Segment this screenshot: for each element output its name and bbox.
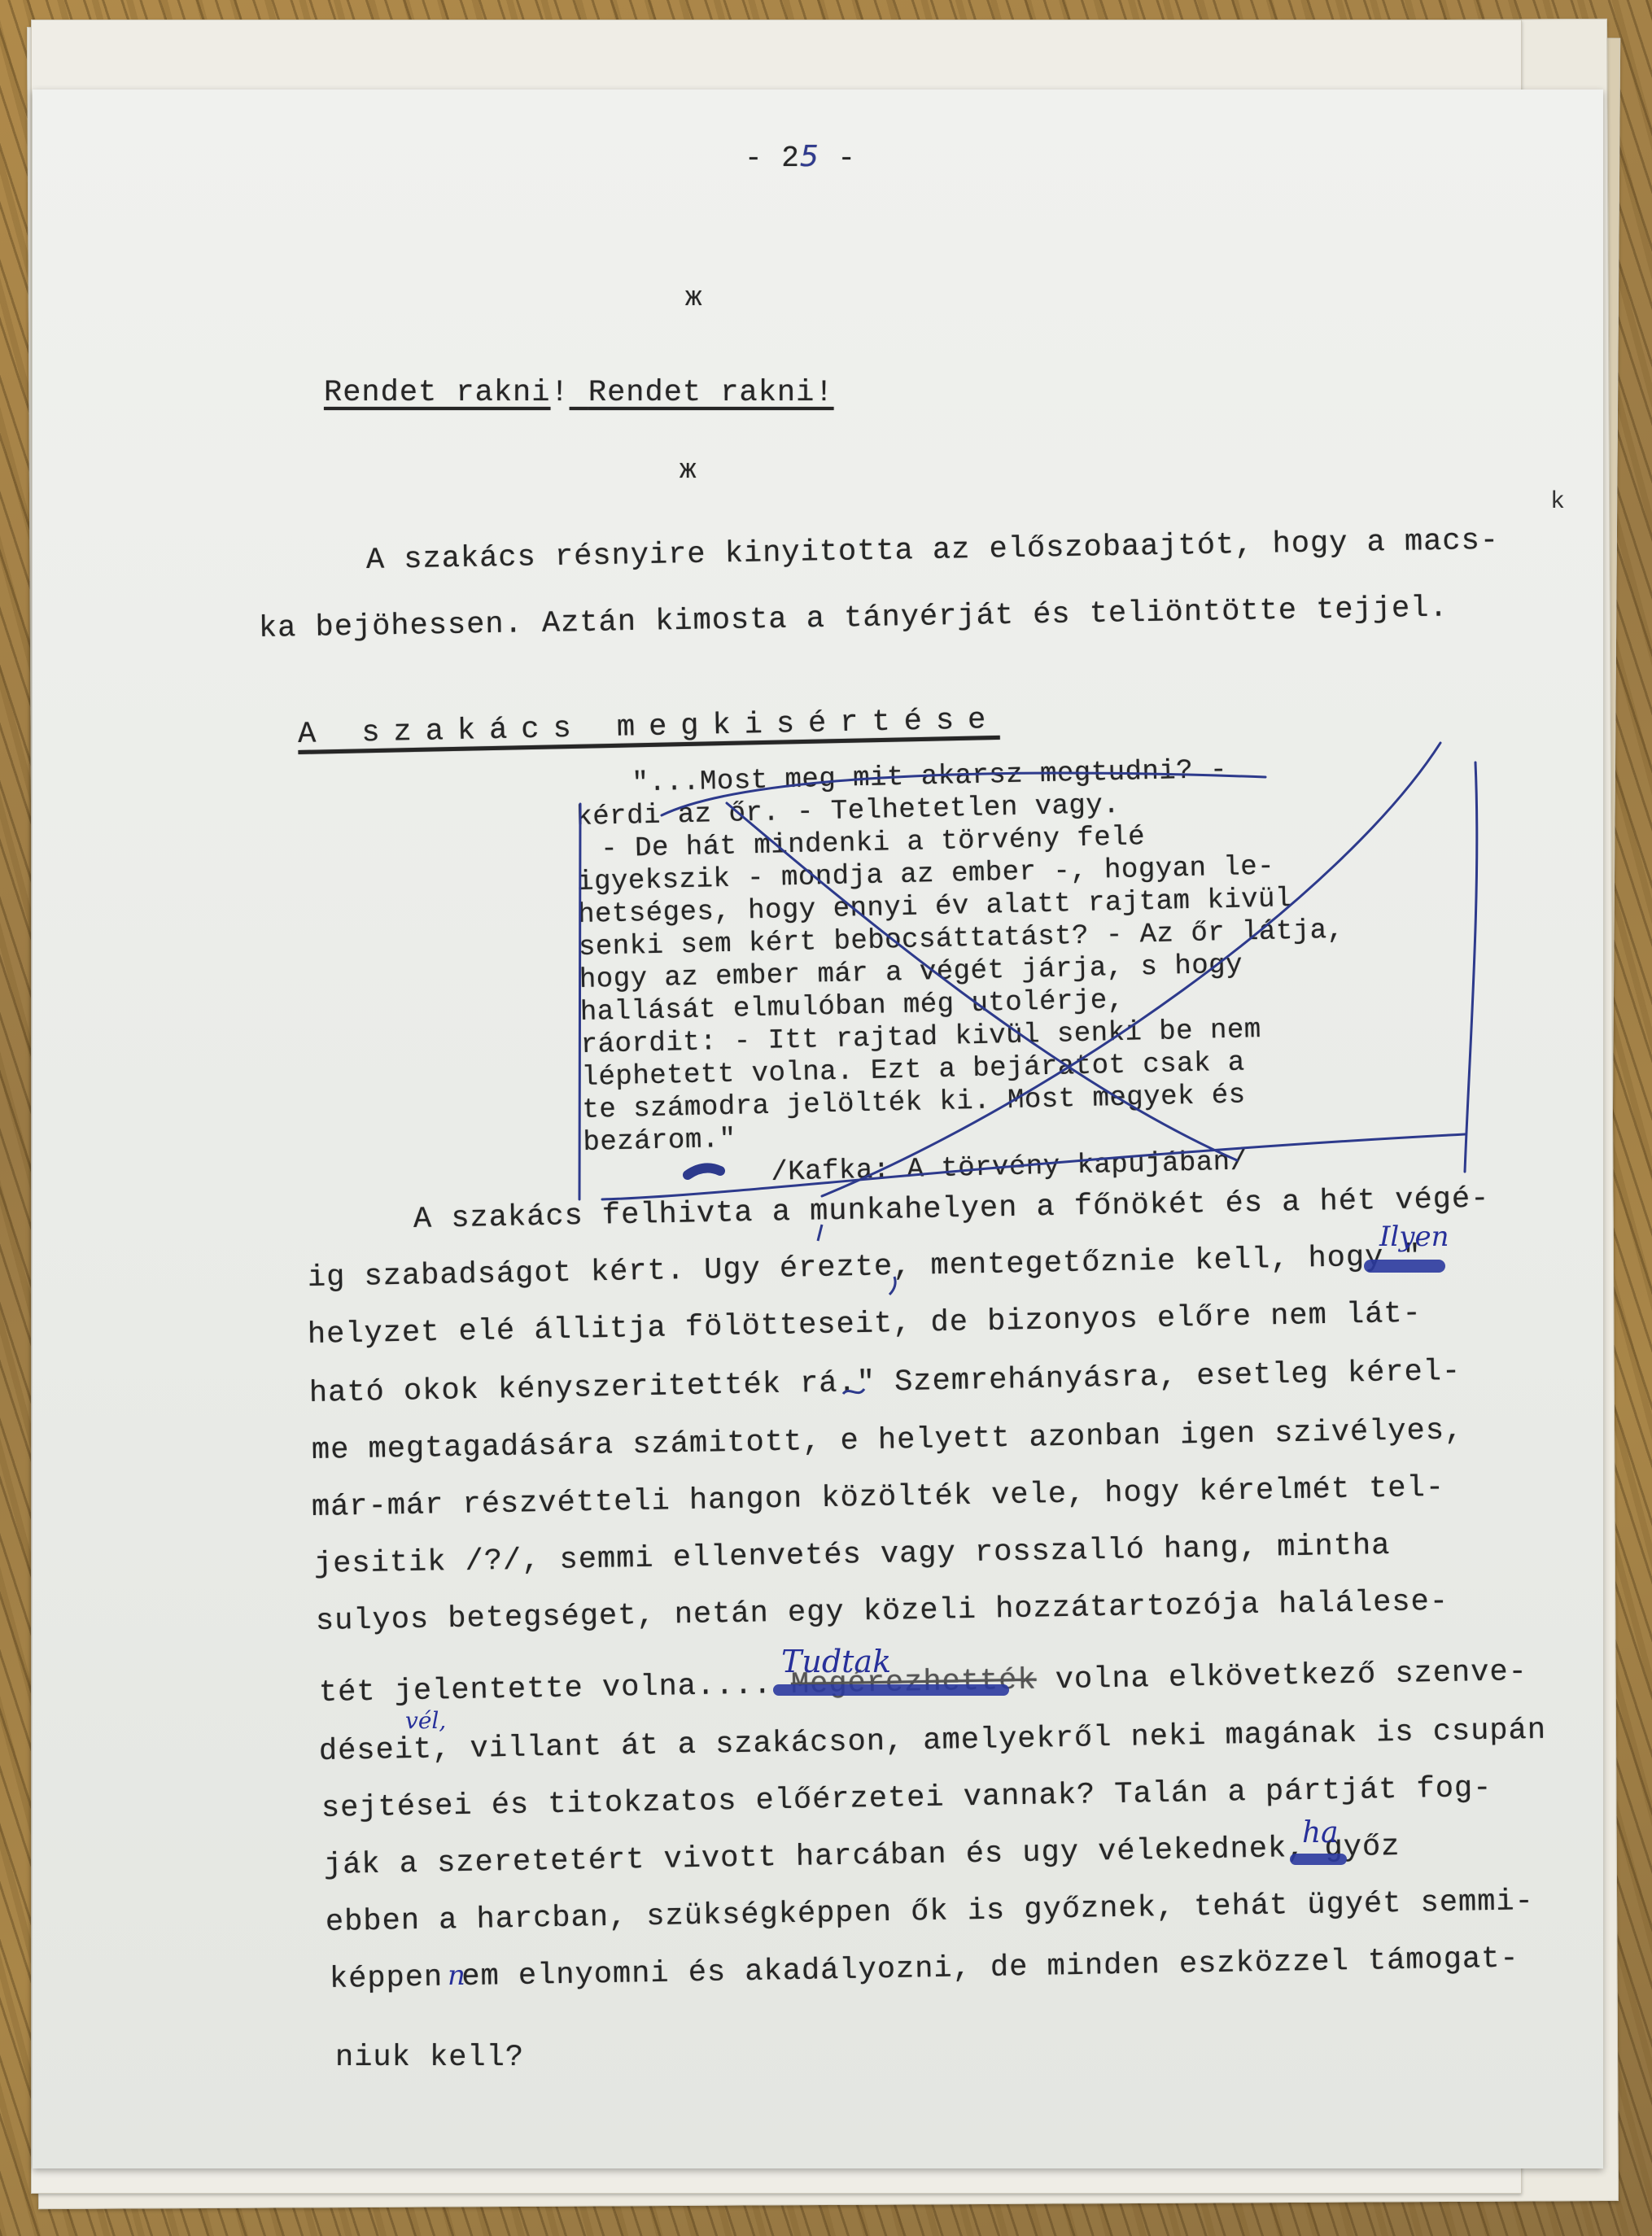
- chapter-heading: Rendet rakni! Rendet rakni!: [324, 376, 834, 410]
- heading-part-1: Rendet rakni: [324, 376, 550, 410]
- ink-note-ha: ha: [1302, 1816, 1339, 1850]
- margin-letter: k: [1550, 488, 1565, 516]
- page-number: - 25 -: [745, 140, 856, 175]
- ink-note-vel: vél,: [405, 1707, 446, 1734]
- kafka-quote: "...Most meg mit akarsz megtudni? - kérd…: [575, 752, 1349, 1194]
- asterism-bottom: ж: [680, 456, 697, 487]
- page-number-typed: - 2: [745, 142, 800, 175]
- ink-note-ilyen: Ilyen: [1379, 1221, 1449, 1253]
- ink-strike-ilyen: [1364, 1260, 1445, 1273]
- page-number-ink-correction: 5: [800, 140, 819, 173]
- asterism-top: ж: [685, 283, 702, 314]
- heading-part-2: Rendet rakni!: [588, 376, 834, 410]
- ink-strike-word: [773, 1684, 1009, 1696]
- ink-note-tudtak: Tudtak: [781, 1644, 891, 1679]
- heading-exclamation: !: [550, 376, 569, 410]
- ink-strike-hogy: [1290, 1854, 1347, 1865]
- ink-note-nem: n: [448, 1959, 465, 1992]
- paragraph-2-line: niuk kell?: [335, 2041, 524, 2075]
- page-number-suffix: -: [819, 142, 856, 175]
